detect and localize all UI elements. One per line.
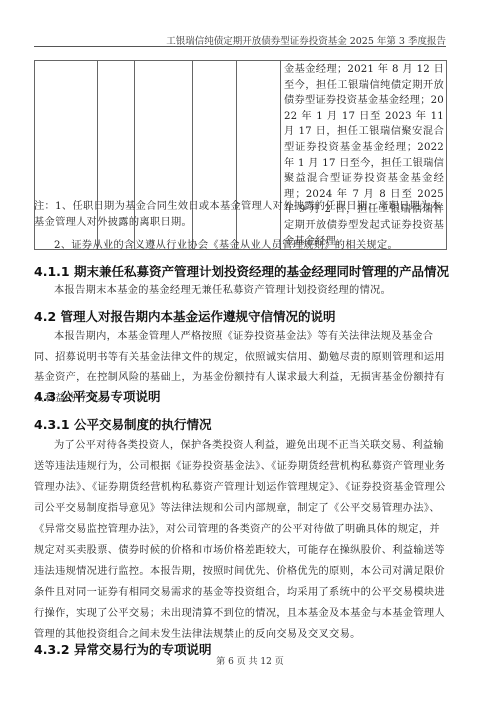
- section-body-4-1-1: 本报告期末本基金的基金经理无兼任私募资产管理计划投资经理的情况。: [34, 283, 446, 299]
- section-heading-4-3-1: 4.3.1 公平交易制度的执行情况: [34, 415, 211, 433]
- section-heading-4-2: 4.2 管理人对报告期内本基金运作遵规守信情况的说明: [34, 307, 336, 325]
- page-number: 第 6 页 共 12 页: [0, 654, 500, 667]
- section-heading-4-3: 4.3 公平交易专项说明: [34, 387, 161, 405]
- section-body-4-3-1: 为了公平对待各类投资人，保护各类投资人利益，避免出现不正当关联交易、利益输送等违…: [34, 435, 446, 645]
- report-header-title: 工银瑞信纯债定期开放债券型证券投资基金 2025 年第 3 季度报告: [166, 33, 446, 47]
- note-2: 2、证券从业的含义遵从行业协会《基金从业人员管理规则》的相关规定。: [34, 238, 446, 254]
- header-divider: [34, 46, 446, 47]
- note-1: 注：1、任职日期为基金合同生效日或本基金管理人对外披露的任职日期；离职日期为本基…: [34, 199, 446, 230]
- section-heading-4-1-1: 4.1.1 期末兼任私募资产管理计划投资经理的基金经理同时管理的产品情况: [34, 262, 449, 280]
